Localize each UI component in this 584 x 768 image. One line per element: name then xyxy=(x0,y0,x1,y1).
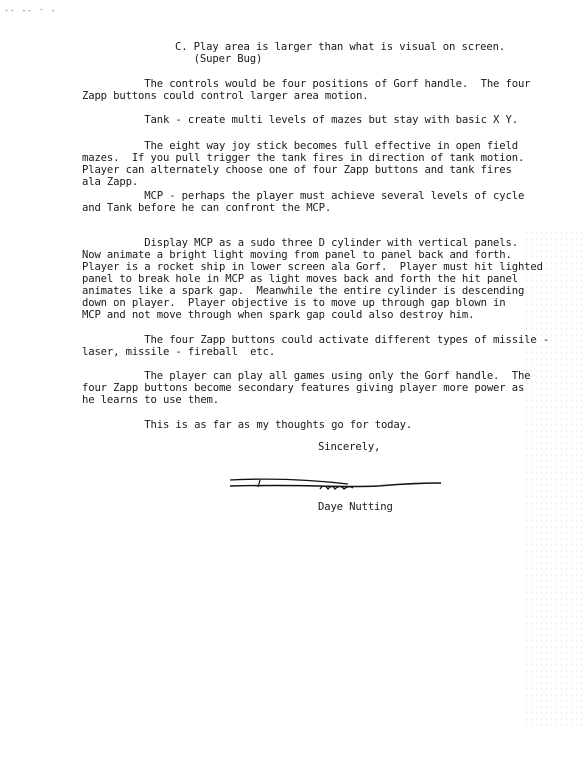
paragraph-display-mcp-line: down on player. Player objective is to m… xyxy=(82,297,506,309)
paragraph-controls-line: Zapp buttons could control larger area m… xyxy=(82,90,369,102)
sign-off: Sincerely, xyxy=(318,441,380,453)
paragraph-display-mcp-line: Now animate a bright light moving from p… xyxy=(82,249,512,261)
paragraph-controls-line: The controls would be four positions of … xyxy=(82,78,530,90)
paragraph-mcp-line: MCP - perhaps the player must achieve se… xyxy=(82,190,524,202)
paragraph-joystick-line: Player can alternately choose one of fou… xyxy=(82,164,512,176)
signer-name: Daye Nutting xyxy=(318,501,393,513)
signature-icon xyxy=(228,474,443,496)
paragraph-joystick-line: The eight way joy stick becomes full eff… xyxy=(82,140,518,152)
paragraph-display-mcp-line: panel to break hole in MCP as light move… xyxy=(82,273,518,285)
paragraph-c-item-line: C. Play area is larger than what is visu… xyxy=(175,41,505,53)
paragraph-c-item-line: (Super Bug) xyxy=(175,53,262,65)
paragraph-joystick-line: ala Zapp. xyxy=(82,176,138,188)
paragraph-tank-line: Tank - create multi levels of mazes but … xyxy=(82,114,518,126)
paragraph-zapp-buttons-line: laser, missile - fireball etc. xyxy=(82,346,275,358)
paragraph-gorf-handle-line: four Zapp buttons become secondary featu… xyxy=(82,382,524,394)
paragraph-display-mcp-line: Player is a rocket ship in lower screen … xyxy=(82,261,543,273)
paragraph-display-mcp-line: Display MCP as a sudo three D cylinder w… xyxy=(82,237,518,249)
paragraph-joystick-line: mazes. If you pull trigger the tank fire… xyxy=(82,152,524,164)
paragraph-closing-line: This is as far as my thoughts go for tod… xyxy=(82,419,412,431)
paragraph-gorf-handle-line: The player can play all games using only… xyxy=(82,370,530,382)
scan-noise xyxy=(524,230,584,730)
paragraph-display-mcp-line: animates like a spark gap. Meanwhile the… xyxy=(82,285,524,297)
paragraph-mcp-line: and Tank before he can confront the MCP. xyxy=(82,202,331,214)
header-marks: -- -- ⁻ - xyxy=(4,6,56,15)
paragraph-gorf-handle-line: he learns to use them. xyxy=(82,394,219,406)
paragraph-zapp-buttons-line: The four Zapp buttons could activate dif… xyxy=(82,334,549,346)
paragraph-display-mcp-line: MCP and not move through when spark gap … xyxy=(82,309,474,321)
